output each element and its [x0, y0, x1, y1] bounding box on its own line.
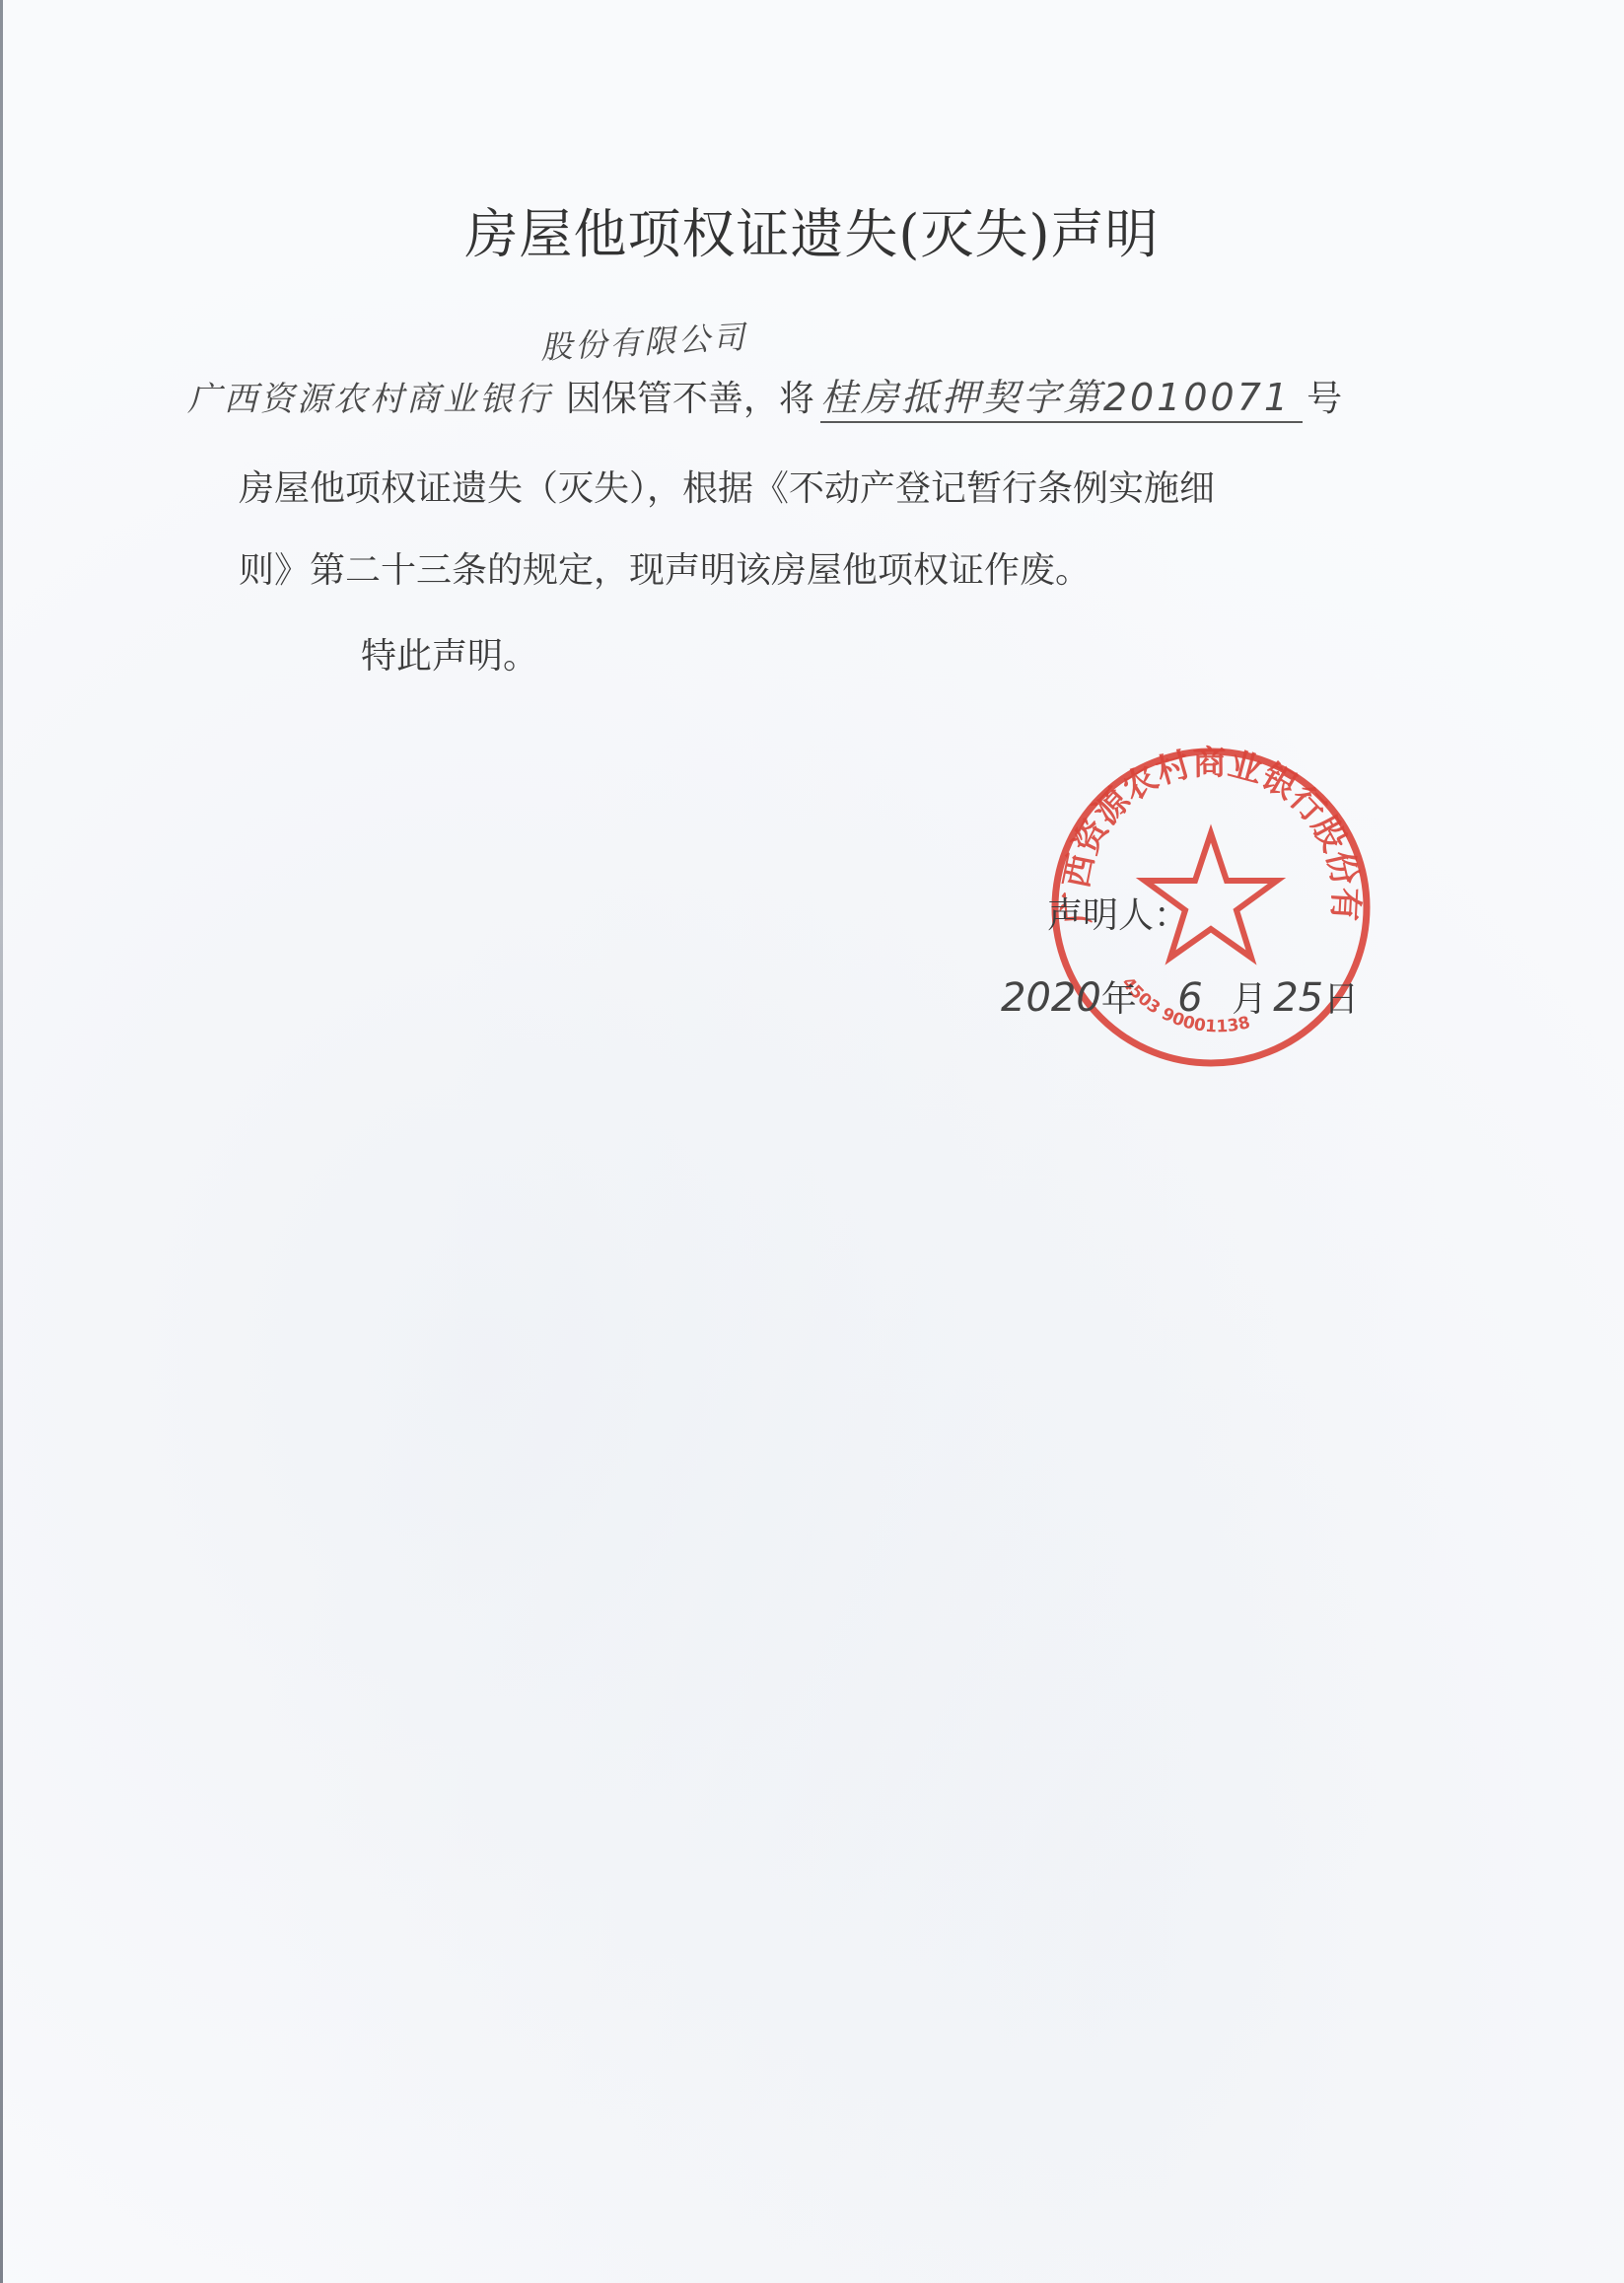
scanned-page	[0, 0, 1624, 2283]
scan-edge-shadow	[0, 0, 3, 2283]
day-label: 日	[1323, 979, 1359, 1020]
line1-text-a: 因保管不善，将	[566, 379, 814, 419]
declarant-prefix: 广西资源农村商业银行	[187, 380, 552, 419]
line1-text-b: 号	[1306, 379, 1342, 419]
month-label: 月	[1232, 979, 1267, 1020]
date-year: 2020	[1001, 975, 1101, 1021]
statement-line-1: 广西资源农村商业银行 因保管不善，将桂房抵押契字第2010071号	[187, 367, 1342, 421]
statement-line-3: 则》第二十三条的规定，现声明该房屋他项权证作废。	[239, 542, 1091, 593]
signer-label: 声明人：	[1047, 888, 1189, 938]
document-title: 房屋他项权证遗失(灭失)声明	[0, 192, 1624, 268]
handwritten-declarant: 广西资源农村商业银行	[187, 380, 566, 419]
date-month: 6	[1177, 975, 1202, 1021]
statement-line-2: 房屋他项权证遗失（灭失），根据《不动产登记暂行条例实施细	[239, 461, 1215, 511]
closing-line: 特此声明。	[361, 628, 538, 678]
date-day: 25	[1273, 975, 1323, 1021]
handwritten-certificate-number: 桂房抵押契字第2010071	[820, 376, 1303, 423]
signature-date: 2020年 6 月25日	[1001, 971, 1359, 1022]
year-label: 年	[1101, 979, 1137, 1020]
